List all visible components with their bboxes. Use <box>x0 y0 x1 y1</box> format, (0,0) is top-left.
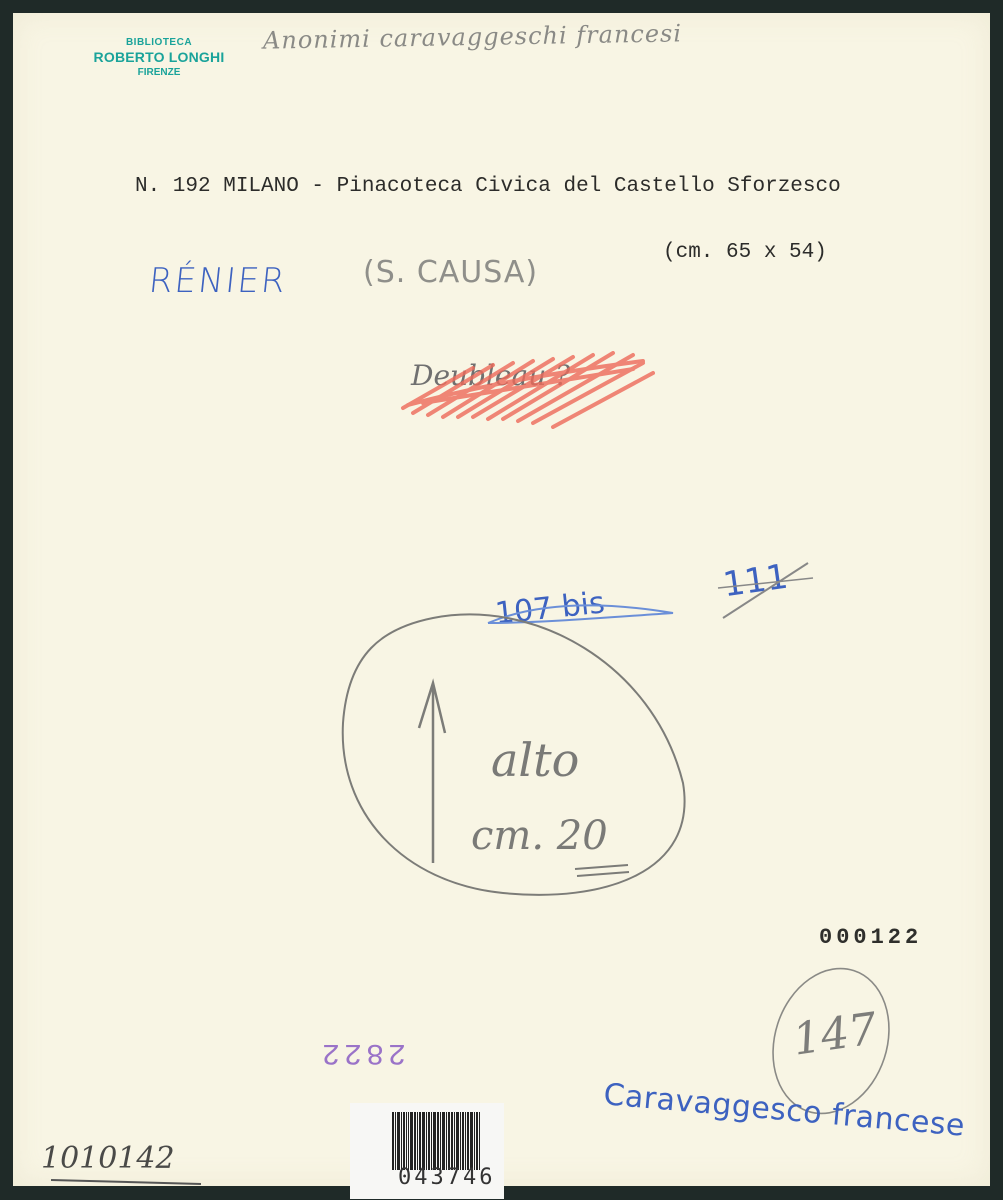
inventory-underline <box>51 1179 201 1185</box>
strike-111-icon <box>713 558 823 628</box>
barcode-icon <box>392 1112 488 1170</box>
attribution-name: RÉNIER <box>147 261 289 301</box>
barcode-label: 043746 <box>350 1103 504 1199</box>
stamp-line-3: FIRENZE <box>69 67 249 78</box>
up-arrow-icon <box>413 673 453 873</box>
red-scribble-icon <box>393 343 673 433</box>
typed-catalog-line: N. 192 MILANO - Pinacoteca Civica del Ca… <box>135 175 841 198</box>
size-note-measure: cm. 20 <box>471 813 608 859</box>
handwritten-title: Anonimi caravaggeschi francesi <box>263 19 682 54</box>
stamp-line-2: ROBERTO LONGHI <box>69 49 249 65</box>
stamp-line-1: BIBLIOTECA <box>69 37 249 48</box>
library-stamp: BIBLIOTECA ROBERTO LONGHI FIRENZE <box>69 37 249 78</box>
barcode-number: 043746 <box>398 1165 495 1190</box>
attribution-note: (S. CAUSA) <box>363 255 538 290</box>
size-note-label: alto <box>491 733 579 787</box>
inventory-number: 1010142 <box>41 1141 175 1176</box>
typed-dimensions: (cm. 65 x 54) <box>663 241 827 264</box>
reference-code: 000122 <box>819 925 922 950</box>
violet-number-stamp: 2822 <box>318 1035 406 1069</box>
photo-card-back: BIBLIOTECA ROBERTO LONGHI FIRENZE Anonim… <box>13 13 990 1186</box>
double-underline-icon <box>573 861 633 881</box>
